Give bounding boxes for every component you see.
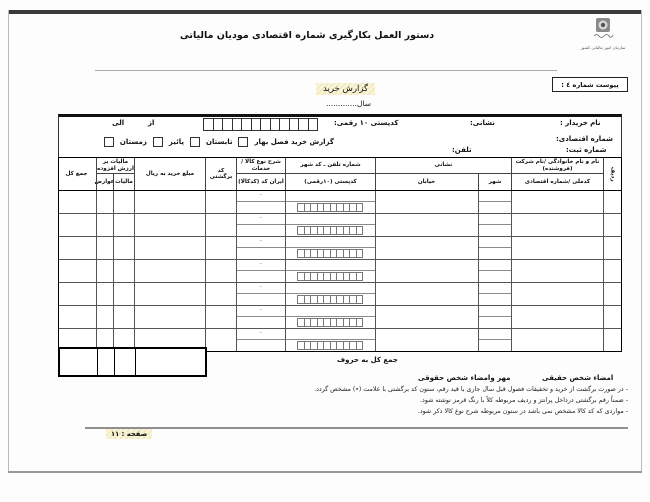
city-header-label: شهر xyxy=(479,174,512,190)
cell-amount xyxy=(135,306,206,328)
postal-digit-box xyxy=(297,203,305,212)
postal-digit-box xyxy=(310,341,318,350)
header-seller-name: نام و نام خانوادگی /نام شرکت (فروشنده) ک… xyxy=(512,158,604,190)
header-total: جمع کل xyxy=(57,158,97,190)
table-row: · xyxy=(59,191,621,214)
postal-code-label: کدپستی ۱۰ رقمی: xyxy=(334,119,398,127)
season-label-autumn: پائیز xyxy=(169,138,184,146)
cell-vat-duty xyxy=(97,283,114,305)
cell-goods: · xyxy=(237,283,286,305)
postal-digit-box xyxy=(349,341,357,350)
postal-digit-box xyxy=(343,272,351,281)
postal-digit-box xyxy=(317,226,325,235)
cell-vat-tax xyxy=(114,260,135,282)
cell-street xyxy=(376,260,479,282)
postal-digit-box xyxy=(336,341,344,350)
postal-digit-box xyxy=(304,203,312,212)
postal-digit-box xyxy=(356,295,364,304)
postal-digit-box xyxy=(356,226,364,235)
page-top-border xyxy=(8,10,642,14)
season-report-label: گزارش خرید فصل بهار xyxy=(254,138,334,146)
postal-digit-box xyxy=(304,341,312,350)
page-left-border xyxy=(8,10,9,473)
postal-digit-box xyxy=(349,295,357,304)
page-right-border xyxy=(641,10,642,473)
total-header-label: جمع کل xyxy=(57,158,96,190)
postal-digit-box xyxy=(343,226,351,235)
cell-street xyxy=(376,306,479,328)
phone-label: تلفن: xyxy=(452,146,472,154)
cell-seller-name xyxy=(512,329,604,351)
postal-digit-box xyxy=(317,272,325,281)
postal-digit-box xyxy=(356,318,364,327)
cell-amount xyxy=(135,260,206,282)
report-title: گزارش خرید xyxy=(316,83,375,95)
cell-goods: · xyxy=(237,214,286,236)
postal-digit-box xyxy=(310,272,318,281)
postal-digit-box xyxy=(356,203,364,212)
vat-tax-label: مالیات xyxy=(114,174,135,190)
org-name: سازمان امور مالیاتی کشور xyxy=(574,45,632,50)
postal-digit-box xyxy=(343,318,351,327)
postal-digit-box xyxy=(308,118,319,131)
cell-total xyxy=(57,214,97,236)
address-label: نشانی: xyxy=(470,119,495,127)
cell-vat-tax xyxy=(114,237,135,259)
postal-digit-box xyxy=(317,295,325,304)
cell-goods: · xyxy=(237,329,286,351)
postal-digit-box xyxy=(323,203,331,212)
postal-digit-box xyxy=(297,295,305,304)
postal-digit-box xyxy=(304,249,312,258)
cell-city xyxy=(479,214,512,236)
footer-divider xyxy=(85,427,628,429)
street-header-label: خیابان xyxy=(376,174,479,190)
cell-radif xyxy=(604,237,621,259)
season-checkbox-autumn xyxy=(153,137,163,147)
page-bottom-border xyxy=(8,471,642,473)
page-number: صفحه : ۱۱ xyxy=(106,429,152,439)
postal-digit-box xyxy=(323,341,331,350)
postal-digit-box xyxy=(304,295,312,304)
postal-digit-box xyxy=(330,203,338,212)
header-return-code: کد برگشتی xyxy=(206,158,237,190)
cell-radif xyxy=(604,306,621,328)
postal-digit-box xyxy=(310,318,318,327)
cell-radif xyxy=(604,214,621,236)
cell-radif xyxy=(604,260,621,282)
return-code-line2: برگشتی xyxy=(210,174,232,180)
postal-digit-box xyxy=(297,249,305,258)
cell-return-code xyxy=(206,191,237,213)
season-selector: گزارش خرید فصل بهار تابستان پائیز زمستان xyxy=(104,137,334,147)
postal-digit-box xyxy=(317,341,325,350)
postal-digit-box xyxy=(330,318,338,327)
cell-city xyxy=(479,260,512,282)
postal-digit-box xyxy=(297,318,305,327)
cell-street xyxy=(376,329,479,351)
postal-digit-box xyxy=(304,272,312,281)
postal-digit-box xyxy=(270,118,281,131)
cell-total xyxy=(57,260,97,282)
cell-street xyxy=(376,237,479,259)
cell-vat-duty xyxy=(97,214,114,236)
postal-digit-box xyxy=(297,341,305,350)
cell-total xyxy=(57,283,97,305)
postal-digit-box xyxy=(349,318,357,327)
postal-digit-box xyxy=(330,226,338,235)
cell-city xyxy=(479,329,512,351)
cell-goods: · xyxy=(237,191,286,213)
cell-vat-tax xyxy=(114,214,135,236)
postal-header-label: کدپستی (۱۰رقمی) xyxy=(286,174,375,190)
header-radif: ردیف xyxy=(604,158,621,190)
postal-digit-box xyxy=(317,318,325,327)
note-2: - ضمناً رقم برگشتی درداخل پرانتز و ردیف … xyxy=(420,397,628,404)
cell-phone xyxy=(286,237,376,259)
postal-digit-box xyxy=(343,203,351,212)
cell-radif xyxy=(604,283,621,305)
cell-vat-duty xyxy=(97,260,114,282)
cell-vat-duty xyxy=(97,237,114,259)
postal-digit-box xyxy=(310,203,318,212)
postal-digit-box xyxy=(336,249,344,258)
buyer-name-label: نام خریدار : xyxy=(560,119,601,127)
postal-digit-box xyxy=(222,118,233,131)
phone-header-label: شماره تلفن ـ کد شهر xyxy=(286,158,375,174)
vat-header-label: مالیات بر ارزش افزوده xyxy=(97,158,134,174)
postal-digit-box xyxy=(356,272,364,281)
postal-digit-box xyxy=(203,118,214,131)
postal-digit-box xyxy=(323,272,331,281)
cell-seller-name xyxy=(512,237,604,259)
cell-vat-tax xyxy=(114,306,135,328)
seller-name-line2: (فروشنده) xyxy=(542,166,572,172)
postal-digit-box xyxy=(330,249,338,258)
address-header-label: نشانی xyxy=(376,158,511,174)
postal-digit-box xyxy=(317,203,325,212)
postal-digit-box xyxy=(297,272,305,281)
cell-return-code xyxy=(206,214,237,236)
page-title: دستور العمل بکارگیری شماره اقتصادی مودیا… xyxy=(0,30,614,41)
postal-digit-box xyxy=(356,341,364,350)
totals-amount-cell xyxy=(136,349,205,375)
vat-duty-label: عوارض xyxy=(97,174,114,190)
table-row: · xyxy=(59,260,621,283)
season-label-winter: زمستان xyxy=(120,138,147,146)
cell-phone xyxy=(286,329,376,351)
from-label: از xyxy=(148,119,154,127)
cell-total xyxy=(57,237,97,259)
to-label: الی xyxy=(112,119,124,127)
cell-total xyxy=(57,191,97,213)
purchase-table: ردیف نام و نام خانوادگی /نام شرکت (فروشن… xyxy=(58,157,622,352)
postal-digit-box xyxy=(279,118,290,131)
postal-digit-box xyxy=(349,226,357,235)
year-label: سال............. xyxy=(326,99,371,108)
amount-header-label: مبلغ خرید به ریال xyxy=(135,158,205,190)
cell-seller-name xyxy=(512,283,604,305)
cell-return-code xyxy=(206,260,237,282)
header-goods: شرح نوع کالا /خدمات ایران کد (کدکالا) xyxy=(237,158,286,190)
postal-digit-box xyxy=(260,118,271,131)
cell-city xyxy=(479,306,512,328)
cell-vat-duty xyxy=(97,191,114,213)
natural-person-signature-label: امضاء شخص حقیقی xyxy=(542,374,613,382)
cell-city xyxy=(479,283,512,305)
seller-code-label: کدملی /شماره اقتصادی xyxy=(512,174,603,190)
postal-digit-box xyxy=(241,118,252,131)
postal-digit-box xyxy=(343,295,351,304)
season-checkbox-winter xyxy=(104,137,114,147)
cell-phone xyxy=(286,260,376,282)
registration-number-label: شماره ثبت: xyxy=(566,146,607,154)
postal-digit-box xyxy=(251,118,262,131)
season-label-summer: تابستان xyxy=(206,138,232,146)
postal-digit-box xyxy=(317,249,325,258)
cell-phone xyxy=(286,214,376,236)
legal-person-signature-label: مهر وامضاء شخص حقوقی xyxy=(418,374,510,382)
totals-row xyxy=(58,347,207,377)
cell-vat-duty xyxy=(97,306,114,328)
cell-vat-tax xyxy=(114,191,135,213)
postal-digit-box xyxy=(356,249,364,258)
postal-digit-box xyxy=(330,272,338,281)
cell-return-code xyxy=(206,306,237,328)
cell-city xyxy=(479,191,512,213)
postal-digit-box xyxy=(343,341,351,350)
table-row: · xyxy=(59,306,621,329)
postal-digit-box xyxy=(323,249,331,258)
cell-street xyxy=(376,214,479,236)
postal-digit-box xyxy=(343,249,351,258)
postal-digit-box xyxy=(349,249,357,258)
postal-digit-box xyxy=(336,318,344,327)
cell-vat-tax xyxy=(114,283,135,305)
postal-digit-box xyxy=(336,272,344,281)
postal-digit-box xyxy=(304,226,312,235)
postal-digit-box xyxy=(304,318,312,327)
cell-goods: · xyxy=(237,237,286,259)
postal-digit-box xyxy=(349,272,357,281)
table-row: · xyxy=(59,283,621,306)
cell-phone xyxy=(286,306,376,328)
radif-label: ردیف xyxy=(609,167,615,182)
cell-total xyxy=(57,306,97,328)
season-checkbox-spring xyxy=(238,137,248,147)
table-row: · xyxy=(59,214,621,237)
cell-seller-name xyxy=(512,191,604,213)
cell-return-code xyxy=(206,329,237,351)
total-in-words-label: جمع کل به حروف xyxy=(337,356,398,364)
irancode-header-label: ایران کد (کدکالا) xyxy=(237,174,285,190)
economic-number-label: شماره اقتصادی: xyxy=(556,135,613,143)
postal-digit-box xyxy=(330,295,338,304)
annex-badge: پیوست شماره ٤ : xyxy=(552,77,628,92)
cell-phone xyxy=(286,191,376,213)
goods-header-label: شرح نوع کالا /خدمات xyxy=(237,158,285,174)
cell-seller-name xyxy=(512,306,604,328)
note-1: - در صورت برگشت از خرید و تخفیفات فصول ق… xyxy=(314,386,628,393)
postal-digit-box xyxy=(310,226,318,235)
postal-digit-box xyxy=(323,295,331,304)
cell-radif xyxy=(604,191,621,213)
cell-seller-name xyxy=(512,214,604,236)
cell-street xyxy=(376,283,479,305)
cell-return-code xyxy=(206,237,237,259)
postal-digit-box xyxy=(349,203,357,212)
cell-amount xyxy=(135,191,206,213)
postal-digit-box xyxy=(336,295,344,304)
postal-digit-box xyxy=(213,118,224,131)
cell-city xyxy=(479,237,512,259)
postal-boxes-top xyxy=(204,118,318,131)
postal-digit-box xyxy=(297,226,305,235)
document-page: سازمان امور مالیاتی کشور دستور العمل بکا… xyxy=(0,0,650,502)
table-body: ······· xyxy=(59,191,621,351)
cell-amount xyxy=(135,214,206,236)
postal-digit-box xyxy=(330,341,338,350)
totals-vat-tax-cell xyxy=(115,349,136,375)
postal-digit-box xyxy=(310,295,318,304)
totals-vat-duty-cell xyxy=(98,349,115,375)
header-address: نشانی شهر خیابان xyxy=(376,158,512,190)
cell-phone xyxy=(286,283,376,305)
cell-amount xyxy=(135,237,206,259)
postal-digit-box xyxy=(298,118,309,131)
postal-digit-box xyxy=(336,203,344,212)
cell-amount xyxy=(135,283,206,305)
cell-goods: · xyxy=(237,260,286,282)
postal-digit-box xyxy=(323,226,331,235)
cell-street xyxy=(376,191,479,213)
header-amount: مبلغ خرید به ریال xyxy=(135,158,206,190)
postal-digit-box xyxy=(336,226,344,235)
header-phone: شماره تلفن ـ کد شهر کدپستی (۱۰رقمی) xyxy=(286,158,376,190)
header-vat: مالیات بر ارزش افزوده مالیات عوارض xyxy=(97,158,135,190)
cell-radif xyxy=(604,329,621,351)
cell-seller-name xyxy=(512,260,604,282)
totals-grand-cell xyxy=(60,349,98,375)
table-row: · xyxy=(59,237,621,260)
table-header: ردیف نام و نام خانوادگی /نام شرکت (فروشن… xyxy=(59,158,621,191)
cell-return-code xyxy=(206,283,237,305)
postal-digit-box xyxy=(289,118,300,131)
postal-digit-box xyxy=(232,118,243,131)
postal-digit-box xyxy=(310,249,318,258)
season-checkbox-summer xyxy=(190,137,200,147)
note-3: - مواردی که کد کالا مشخص نمی باشد در ستو… xyxy=(418,408,628,415)
cell-goods: · xyxy=(237,306,286,328)
postal-digit-box xyxy=(323,318,331,327)
title-divider xyxy=(95,70,557,71)
